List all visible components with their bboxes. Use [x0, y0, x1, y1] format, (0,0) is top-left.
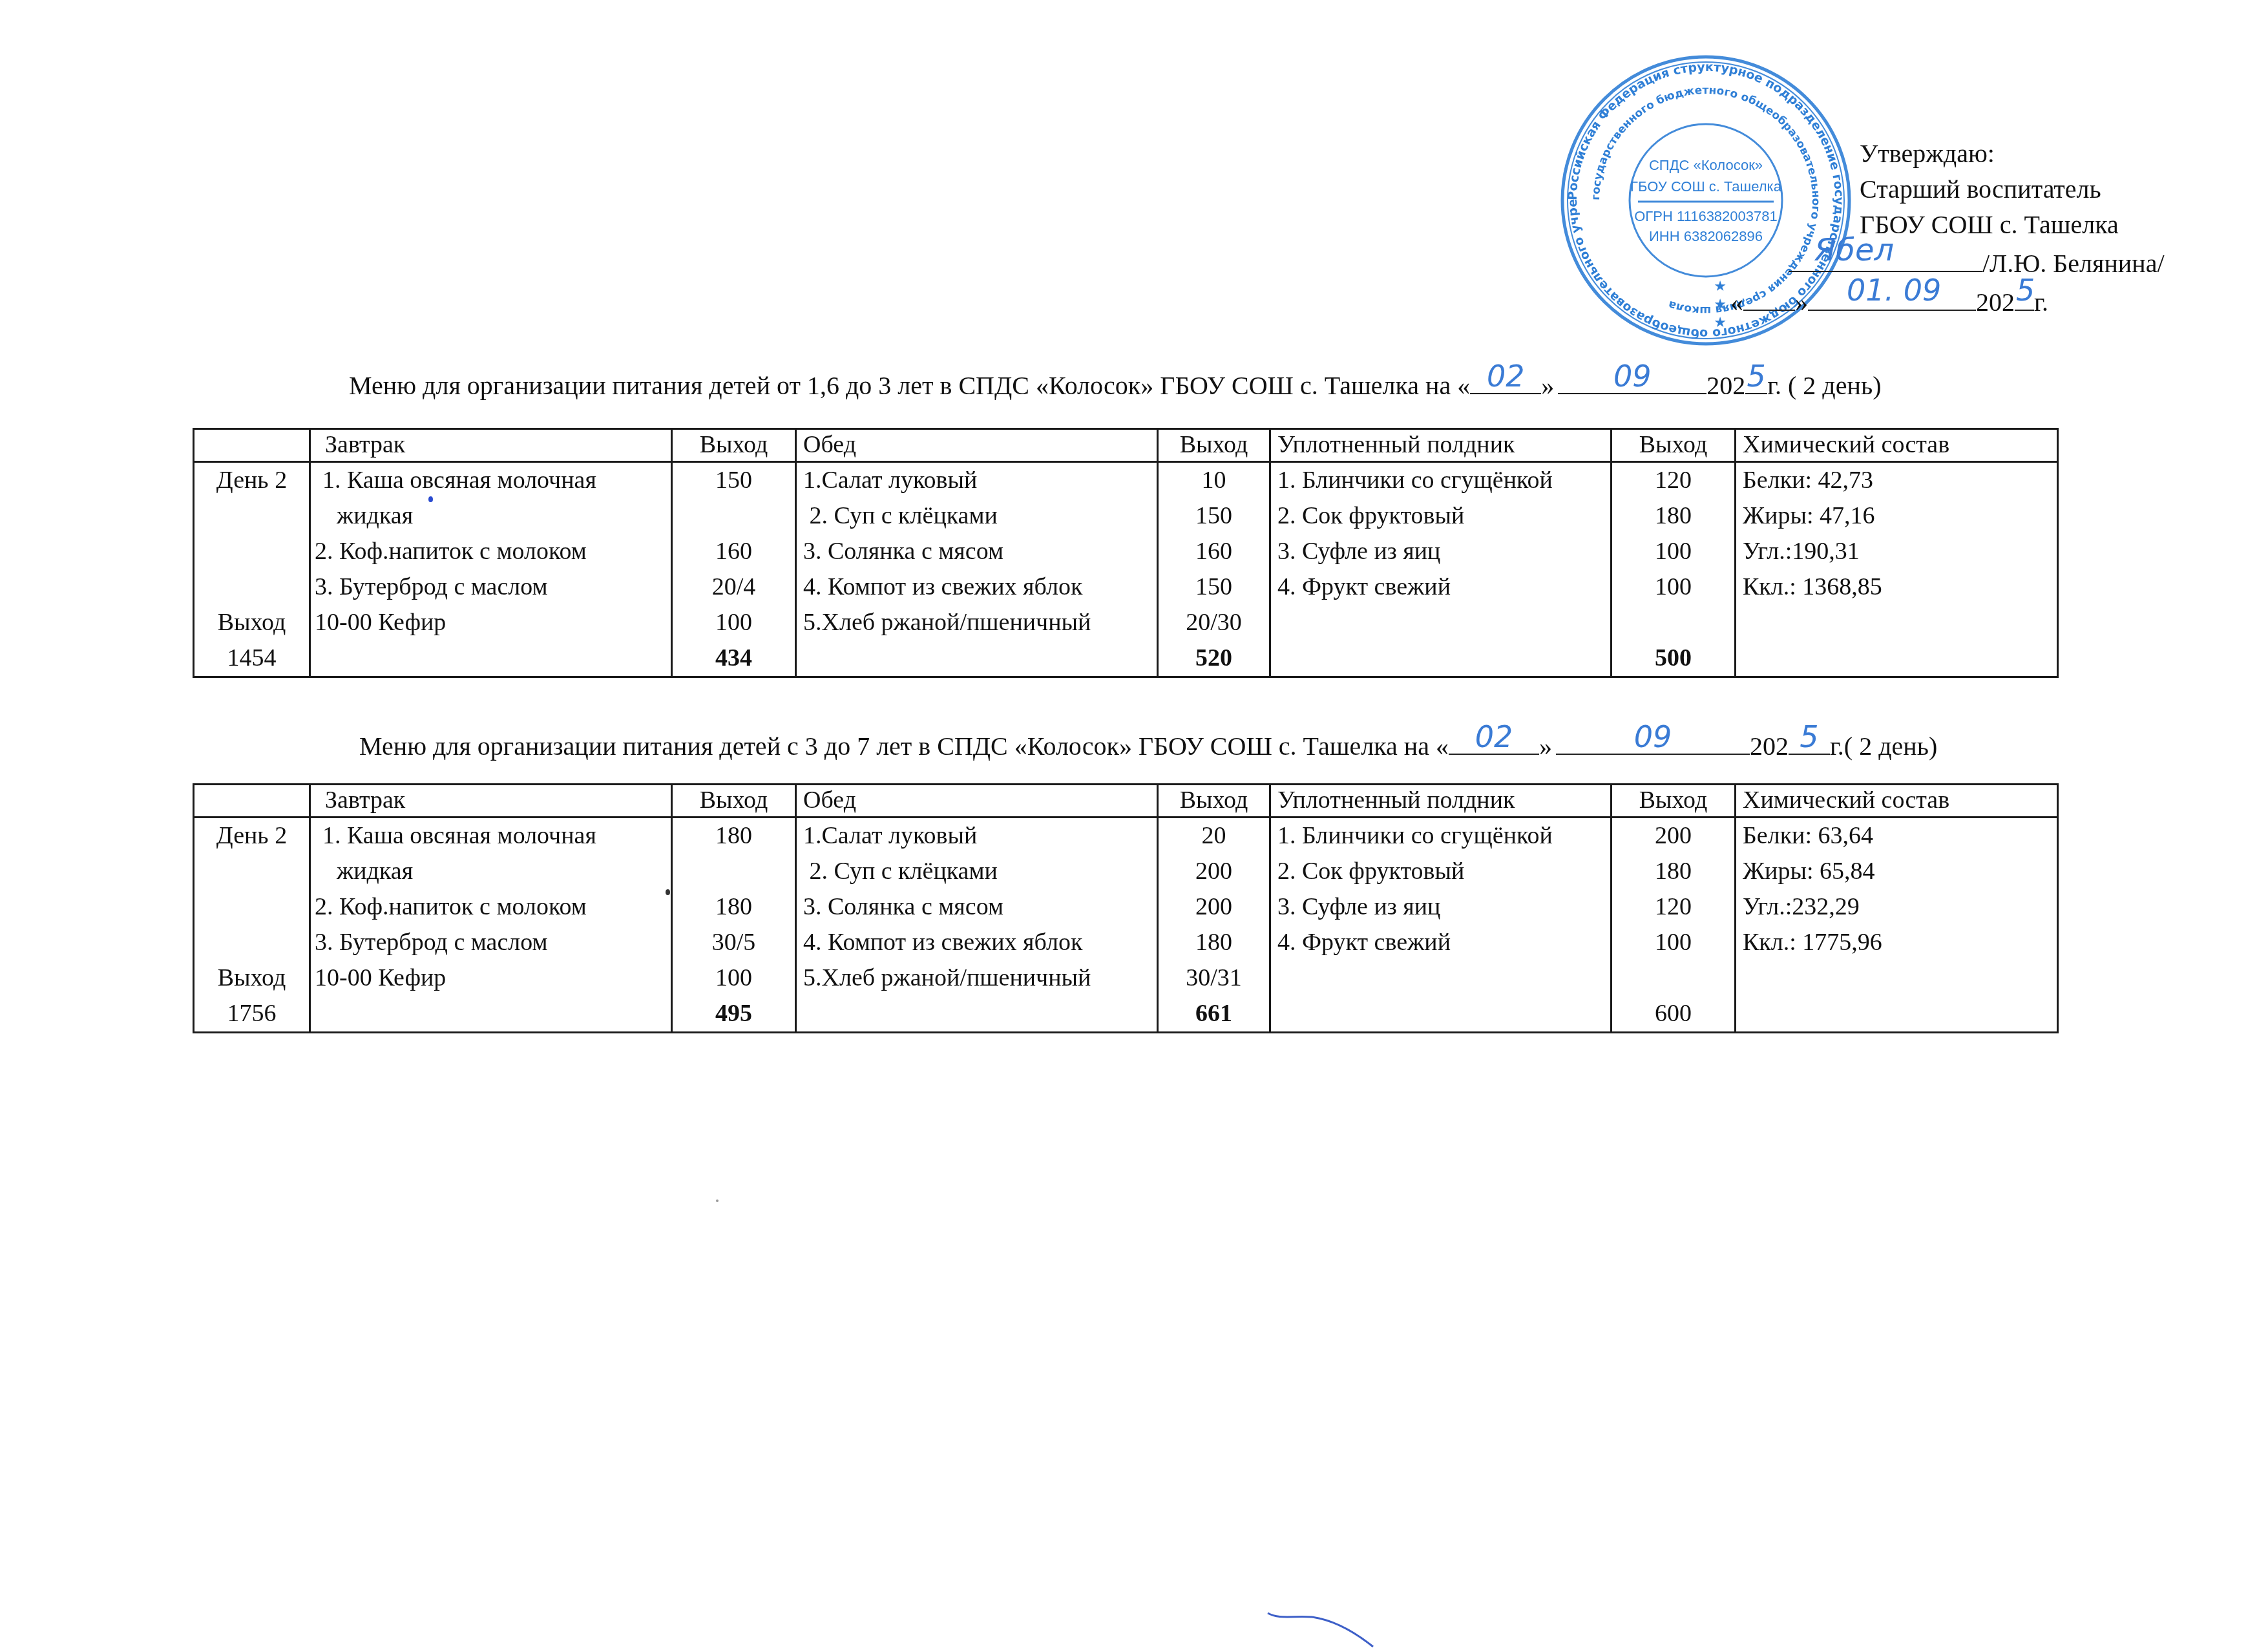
approval-block: Утверждаю: Старший воспитатель ГБОУ СОШ … [1860, 136, 2260, 320]
date-year-field: 5 [1789, 729, 1830, 755]
lunch-yields: 10 150 160 150 20/30 520 [1158, 462, 1270, 677]
list-item: 4. Фрукт свежий [1277, 569, 1604, 605]
svg-text:★: ★ [1714, 314, 1727, 330]
breakfast-yields: 180 180 30/5 100 495 [672, 818, 796, 1033]
breakfast-items: 1. Каша овсяная молочная жидкая 2. Коф.н… [310, 818, 672, 1033]
table-row: День 2 Выход1454 1. Каша овсяная молочна… [194, 462, 2058, 677]
list-item: 5.Хлеб ржаной/пшеничный [803, 605, 1150, 640]
fat-value: Жиры: 47,16 [1743, 498, 2050, 534]
list-item: 3. Солянка с мясом [803, 534, 1150, 569]
fat-value: Жиры: 65,84 [1743, 854, 2050, 889]
list-item: жидкая [315, 498, 664, 534]
day-cell: День 2 Выход1756 [194, 818, 310, 1033]
date-day-field: 02 [1470, 368, 1541, 394]
chemistry-values: Белки: 63,64 Жиры: 65,84 Угл.:232,29 Ккл… [1736, 818, 2058, 1033]
list-item: жидкая [315, 854, 664, 889]
menu-table-age-1-6-to-3: Завтрак Выход Обед Выход Уплотненный пол… [193, 428, 2059, 678]
ink-dot [666, 889, 670, 895]
snack-total: 600 [1612, 996, 1734, 1031]
svg-text:★: ★ [1714, 296, 1727, 312]
stamp-center-line2: ГБОУ СОШ с. Ташелка [1630, 178, 1782, 195]
list-item: 1. Каша овсяная молочная [315, 818, 664, 854]
header-yield-breakfast: Выход [672, 785, 796, 818]
date-month-field: 09 [1558, 368, 1706, 394]
kcal-value: Ккл.: 1775,96 [1743, 925, 2050, 960]
lunch-items: 1.Салат луковый 2. Суп с клёцками 3. Сол… [796, 818, 1158, 1033]
stamp-center-line1: СПДС «Колосок» [1649, 157, 1763, 173]
menu-title-age-3-to-7: Меню для организации питания детей с 3 д… [359, 729, 1937, 762]
header-day [194, 429, 310, 462]
approval-organization: ГБОУ СОШ с. Ташелка [1860, 207, 2260, 242]
lunch-items: 1.Салат луковый 2. Суп с клёцками 3. Сол… [796, 462, 1158, 677]
handwritten-month: 09 [1613, 361, 1652, 392]
list-item: 10-00 Кефир [315, 960, 664, 996]
lunch-yields: 20 200 200 180 30/31 661 [1158, 818, 1270, 1033]
snack-items: 1. Блинчики со сгущёнкой 2. Сок фруктовы… [1270, 462, 1612, 677]
breakfast-total: 434 [673, 640, 795, 676]
menu-title-age-1-6-to-3: Меню для организации питания детей от 1,… [349, 368, 1881, 401]
lunch-total: 661 [1159, 996, 1269, 1031]
lunch-total: 520 [1159, 640, 1269, 676]
approval-signatory: /Л.Ю. Белянина/ [1982, 249, 2165, 278]
header-yield-snack: Выход [1612, 429, 1736, 462]
breakfast-total: 495 [673, 996, 795, 1031]
header-chemistry: Химический состав [1736, 429, 2058, 462]
protein-value: Белки: 63,64 [1743, 818, 2050, 854]
list-item: 1. Каша овсяная молочная [315, 463, 664, 498]
breakfast-items: 1. Каша овсяная молочная жидкая 2. Коф.н… [310, 462, 672, 677]
date-day-field: 02 [1449, 729, 1539, 755]
handwritten-month: 09 [1634, 721, 1672, 752]
header-yield-snack: Выход [1612, 785, 1736, 818]
header-breakfast: Завтрак [310, 429, 672, 462]
carbs-value: Угл.:232,29 [1743, 889, 2050, 925]
snack-yields: 120 180 100 100 500 [1612, 462, 1736, 677]
list-item: 3. Солянка с мясом [803, 889, 1150, 925]
list-item: 4. Фрукт свежий [1277, 925, 1604, 960]
list-item: 1. Блинчики со сгущёнкой [1277, 463, 1604, 498]
list-item: 2. Коф.напиток с молоком [315, 889, 664, 925]
day-total-yield: 1454 [194, 640, 309, 676]
snack-yields: 200 180 120 100 600 [1612, 818, 1736, 1033]
list-item: 4. Компот из свежих яблок [803, 569, 1150, 605]
ink-dot [716, 1199, 719, 1202]
stamp-ogrn: ОГРН 1116382003781 [1634, 208, 1778, 224]
list-item: 1. Блинчики со сгущёнкой [1277, 818, 1604, 854]
handwritten-signature: Ябел [1814, 233, 1894, 268]
header-snack: Уплотненный полдник [1270, 429, 1612, 462]
signature-field: Ябел [1789, 242, 1982, 272]
date-year-field: 5 [1745, 368, 1767, 394]
list-item: 2. Сок фруктовый [1277, 854, 1604, 889]
header-day [194, 785, 310, 818]
list-item: 3. Бутерброд с маслом [315, 925, 664, 960]
stamp-inn: ИНН 6382062896 [1649, 228, 1763, 244]
list-item: 1.Салат луковый [803, 463, 1150, 498]
protein-value: Белки: 42,73 [1743, 463, 2050, 498]
header-snack: Уплотненный полдник [1270, 785, 1612, 818]
chemistry-values: Белки: 42,73 Жиры: 47,16 Угл.:190,31 Ккл… [1736, 462, 2058, 677]
carbs-value: Угл.:190,31 [1743, 534, 2050, 569]
list-item: 2. Коф.напиток с молоком [315, 534, 664, 569]
table-header-row: Завтрак Выход Обед Выход Уплотненный пол… [194, 785, 2058, 818]
list-item: 2. Суп с клёцками [803, 854, 1150, 889]
header-lunch: Обед [796, 429, 1158, 462]
header-yield-lunch: Выход [1158, 785, 1270, 818]
handwritten-day: 02 [1487, 361, 1525, 392]
date-month-field: 09 [1556, 729, 1750, 755]
breakfast-yields: 150 160 20/4 100 434 [672, 462, 796, 677]
snack-total: 500 [1612, 640, 1734, 676]
table-header-row: Завтрак Выход Обед Выход Уплотненный пол… [194, 429, 2058, 462]
pen-stroke-mark [1266, 1609, 1376, 1648]
list-item: 3. Бутерброд с маслом [315, 569, 664, 605]
list-item: 3. Суфле из яиц [1277, 889, 1604, 925]
day-total-yield: 1756 [194, 996, 309, 1031]
list-item: 3. Суфле из яиц [1277, 534, 1604, 569]
snack-items: 1. Блинчики со сгущёнкой 2. Сок фруктовы… [1270, 818, 1612, 1033]
day-cell: День 2 Выход1454 [194, 462, 310, 677]
menu-table-age-3-to-7: Завтрак Выход Обед Выход Уплотненный пол… [193, 783, 2059, 1033]
list-item: 1.Салат луковый [803, 818, 1150, 854]
table-row: День 2 Выход1756 1. Каша овсяная молочна… [194, 818, 2058, 1033]
list-item: 4. Компот из свежих яблок [803, 925, 1150, 960]
svg-text:★: ★ [1714, 278, 1727, 294]
ink-dot [428, 496, 433, 502]
list-item: 10-00 Кефир [315, 605, 664, 640]
approval-date-field: 01. 09 [1808, 281, 1976, 311]
list-item: 2. Суп с клёцками [803, 498, 1150, 534]
header-breakfast: Завтрак [310, 785, 672, 818]
list-item: 2. Сок фруктовый [1277, 498, 1604, 534]
handwritten-date: 01. 09 [1847, 273, 1941, 308]
handwritten-day: 02 [1475, 721, 1513, 752]
approval-position: Старший воспитатель [1860, 171, 2260, 207]
header-yield-lunch: Выход [1158, 429, 1270, 462]
header-chemistry: Химический состав [1736, 785, 2058, 818]
approval-date-line: «» 01. 09 202 5 г. [1730, 281, 2260, 320]
approval-label: Утверждаю: [1860, 136, 2260, 171]
list-item: 5.Хлеб ржаной/пшеничный [803, 960, 1150, 996]
header-yield-breakfast: Выход [672, 429, 796, 462]
kcal-value: Ккл.: 1368,85 [1743, 569, 2050, 605]
handwritten-year-digit: 5 [2016, 273, 2035, 308]
header-lunch: Обед [796, 785, 1158, 818]
